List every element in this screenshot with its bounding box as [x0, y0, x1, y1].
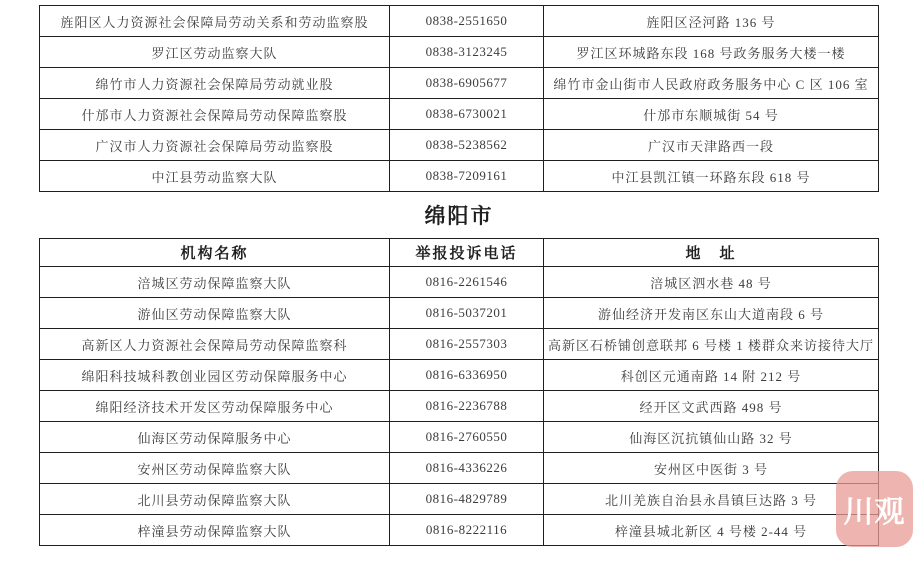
- phone-cell: 0816-4336226: [390, 453, 544, 484]
- agency-table-container: 旌阳区人力资源社会保障局劳动关系和劳动监察股 0838-2551650 旌阳区泾…: [39, 5, 879, 546]
- table-row: 绵竹市人力资源社会保障局劳动就业股 0838-6905677 绵竹市金山街市人民…: [40, 68, 879, 99]
- address-cell: 罗江区环城路东段 168 号政务服务大楼一楼: [544, 37, 879, 68]
- phone-cell: 0838-5238562: [390, 130, 544, 161]
- phone-cell: 0816-2261546: [390, 267, 544, 298]
- table-row: 广汉市人力资源社会保障局劳动监察股 0838-5238562 广汉市天津路西一段: [40, 130, 879, 161]
- agency-table: 旌阳区人力资源社会保障局劳动关系和劳动监察股 0838-2551650 旌阳区泾…: [39, 5, 879, 546]
- org-cell: 罗江区劳动监察大队: [40, 37, 390, 68]
- org-cell: 涪城区劳动保障监察大队: [40, 267, 390, 298]
- phone-cell: 0838-6905677: [390, 68, 544, 99]
- org-cell: 绵竹市人力资源社会保障局劳动就业股: [40, 68, 390, 99]
- phone-cell: 0838-7209161: [390, 161, 544, 192]
- address-cell: 梓潼县城北新区 4 号楼 2-44 号: [544, 515, 879, 546]
- org-cell: 游仙区劳动保障监察大队: [40, 298, 390, 329]
- org-cell: 旌阳区人力资源社会保障局劳动关系和劳动监察股: [40, 6, 390, 37]
- phone-cell: 0816-2557303: [390, 329, 544, 360]
- column-header-address: 地 址: [544, 239, 879, 267]
- chuanguan-news-logo: 川观: [836, 471, 913, 547]
- org-cell: 广汉市人力资源社会保障局劳动监察股: [40, 130, 390, 161]
- phone-cell: 0816-5037201: [390, 298, 544, 329]
- address-cell: 仙海区沉抗镇仙山路 32 号: [544, 422, 879, 453]
- org-cell: 中江县劳动监察大队: [40, 161, 390, 192]
- address-cell: 什邡市东顺城街 54 号: [544, 99, 879, 130]
- table-row: 旌阳区人力资源社会保障局劳动关系和劳动监察股 0838-2551650 旌阳区泾…: [40, 6, 879, 37]
- org-cell: 绵阳经济技术开发区劳动保障服务中心: [40, 391, 390, 422]
- phone-cell: 0816-4829789: [390, 484, 544, 515]
- table-row: 仙海区劳动保障服务中心 0816-2760550 仙海区沉抗镇仙山路 32 号: [40, 422, 879, 453]
- table-row: 梓潼县劳动保障监察大队 0816-8222116 梓潼县城北新区 4 号楼 2-…: [40, 515, 879, 546]
- address-cell: 中江县凯江镇一环路东段 618 号: [544, 161, 879, 192]
- phone-cell: 0816-8222116: [390, 515, 544, 546]
- address-cell: 游仙经济开发南区东山大道南段 6 号: [544, 298, 879, 329]
- org-cell: 绵阳科技城科教创业园区劳动保障服务中心: [40, 360, 390, 391]
- table-row: 中江县劳动监察大队 0838-7209161 中江县凯江镇一环路东段 618 号: [40, 161, 879, 192]
- section-title-row: 绵阳市: [40, 192, 879, 239]
- table-row: 什邡市人力资源社会保障局劳动保障监察股 0838-6730021 什邡市东顺城街…: [40, 99, 879, 130]
- table-row: 高新区人力资源社会保障局劳动保障监察科 0816-2557303 高新区石桥铺创…: [40, 329, 879, 360]
- address-cell: 北川羌族自治县永昌镇巨达路 3 号: [544, 484, 879, 515]
- phone-cell: 0816-6336950: [390, 360, 544, 391]
- phone-cell: 0816-2760550: [390, 422, 544, 453]
- document-page: 旌阳区人力资源社会保障局劳动关系和劳动监察股 0838-2551650 旌阳区泾…: [0, 0, 917, 561]
- address-cell: 广汉市天津路西一段: [544, 130, 879, 161]
- phone-cell: 0838-3123245: [390, 37, 544, 68]
- table-row: 安州区劳动保障监察大队 0816-4336226 安州区中医街 3 号: [40, 453, 879, 484]
- org-cell: 仙海区劳动保障服务中心: [40, 422, 390, 453]
- address-cell: 绵竹市金山街市人民政府政务服务中心 C 区 106 室: [544, 68, 879, 99]
- phone-cell: 0838-6730021: [390, 99, 544, 130]
- phone-cell: 0838-2551650: [390, 6, 544, 37]
- address-cell: 安州区中医街 3 号: [544, 453, 879, 484]
- column-header-phone: 举报投诉电话: [390, 239, 544, 267]
- org-cell: 高新区人力资源社会保障局劳动保障监察科: [40, 329, 390, 360]
- table-row: 北川县劳动保障监察大队 0816-4829789 北川羌族自治县永昌镇巨达路 3…: [40, 484, 879, 515]
- address-cell: 涪城区泗水巷 48 号: [544, 267, 879, 298]
- org-cell: 安州区劳动保障监察大队: [40, 453, 390, 484]
- address-cell: 经开区文武西路 498 号: [544, 391, 879, 422]
- org-cell: 梓潼县劳动保障监察大队: [40, 515, 390, 546]
- table-row: 绵阳科技城科教创业园区劳动保障服务中心 0816-6336950 科创区元通南路…: [40, 360, 879, 391]
- address-cell: 高新区石桥铺创意联邦 6 号楼 1 楼群众来访接待大厅: [544, 329, 879, 360]
- address-cell: 科创区元通南路 14 附 212 号: [544, 360, 879, 391]
- table-row: 涪城区劳动保障监察大队 0816-2261546 涪城区泗水巷 48 号: [40, 267, 879, 298]
- table-row: 游仙区劳动保障监察大队 0816-5037201 游仙经济开发南区东山大道南段 …: [40, 298, 879, 329]
- section-title: 绵阳市: [40, 192, 879, 239]
- table-row: 罗江区劳动监察大队 0838-3123245 罗江区环城路东段 168 号政务服…: [40, 37, 879, 68]
- column-header-row: 机构名称 举报投诉电话 地 址: [40, 239, 879, 267]
- column-header-org: 机构名称: [40, 239, 390, 267]
- org-cell: 什邡市人力资源社会保障局劳动保障监察股: [40, 99, 390, 130]
- phone-cell: 0816-2236788: [390, 391, 544, 422]
- table-row: 绵阳经济技术开发区劳动保障服务中心 0816-2236788 经开区文武西路 4…: [40, 391, 879, 422]
- address-cell: 旌阳区泾河路 136 号: [544, 6, 879, 37]
- org-cell: 北川县劳动保障监察大队: [40, 484, 390, 515]
